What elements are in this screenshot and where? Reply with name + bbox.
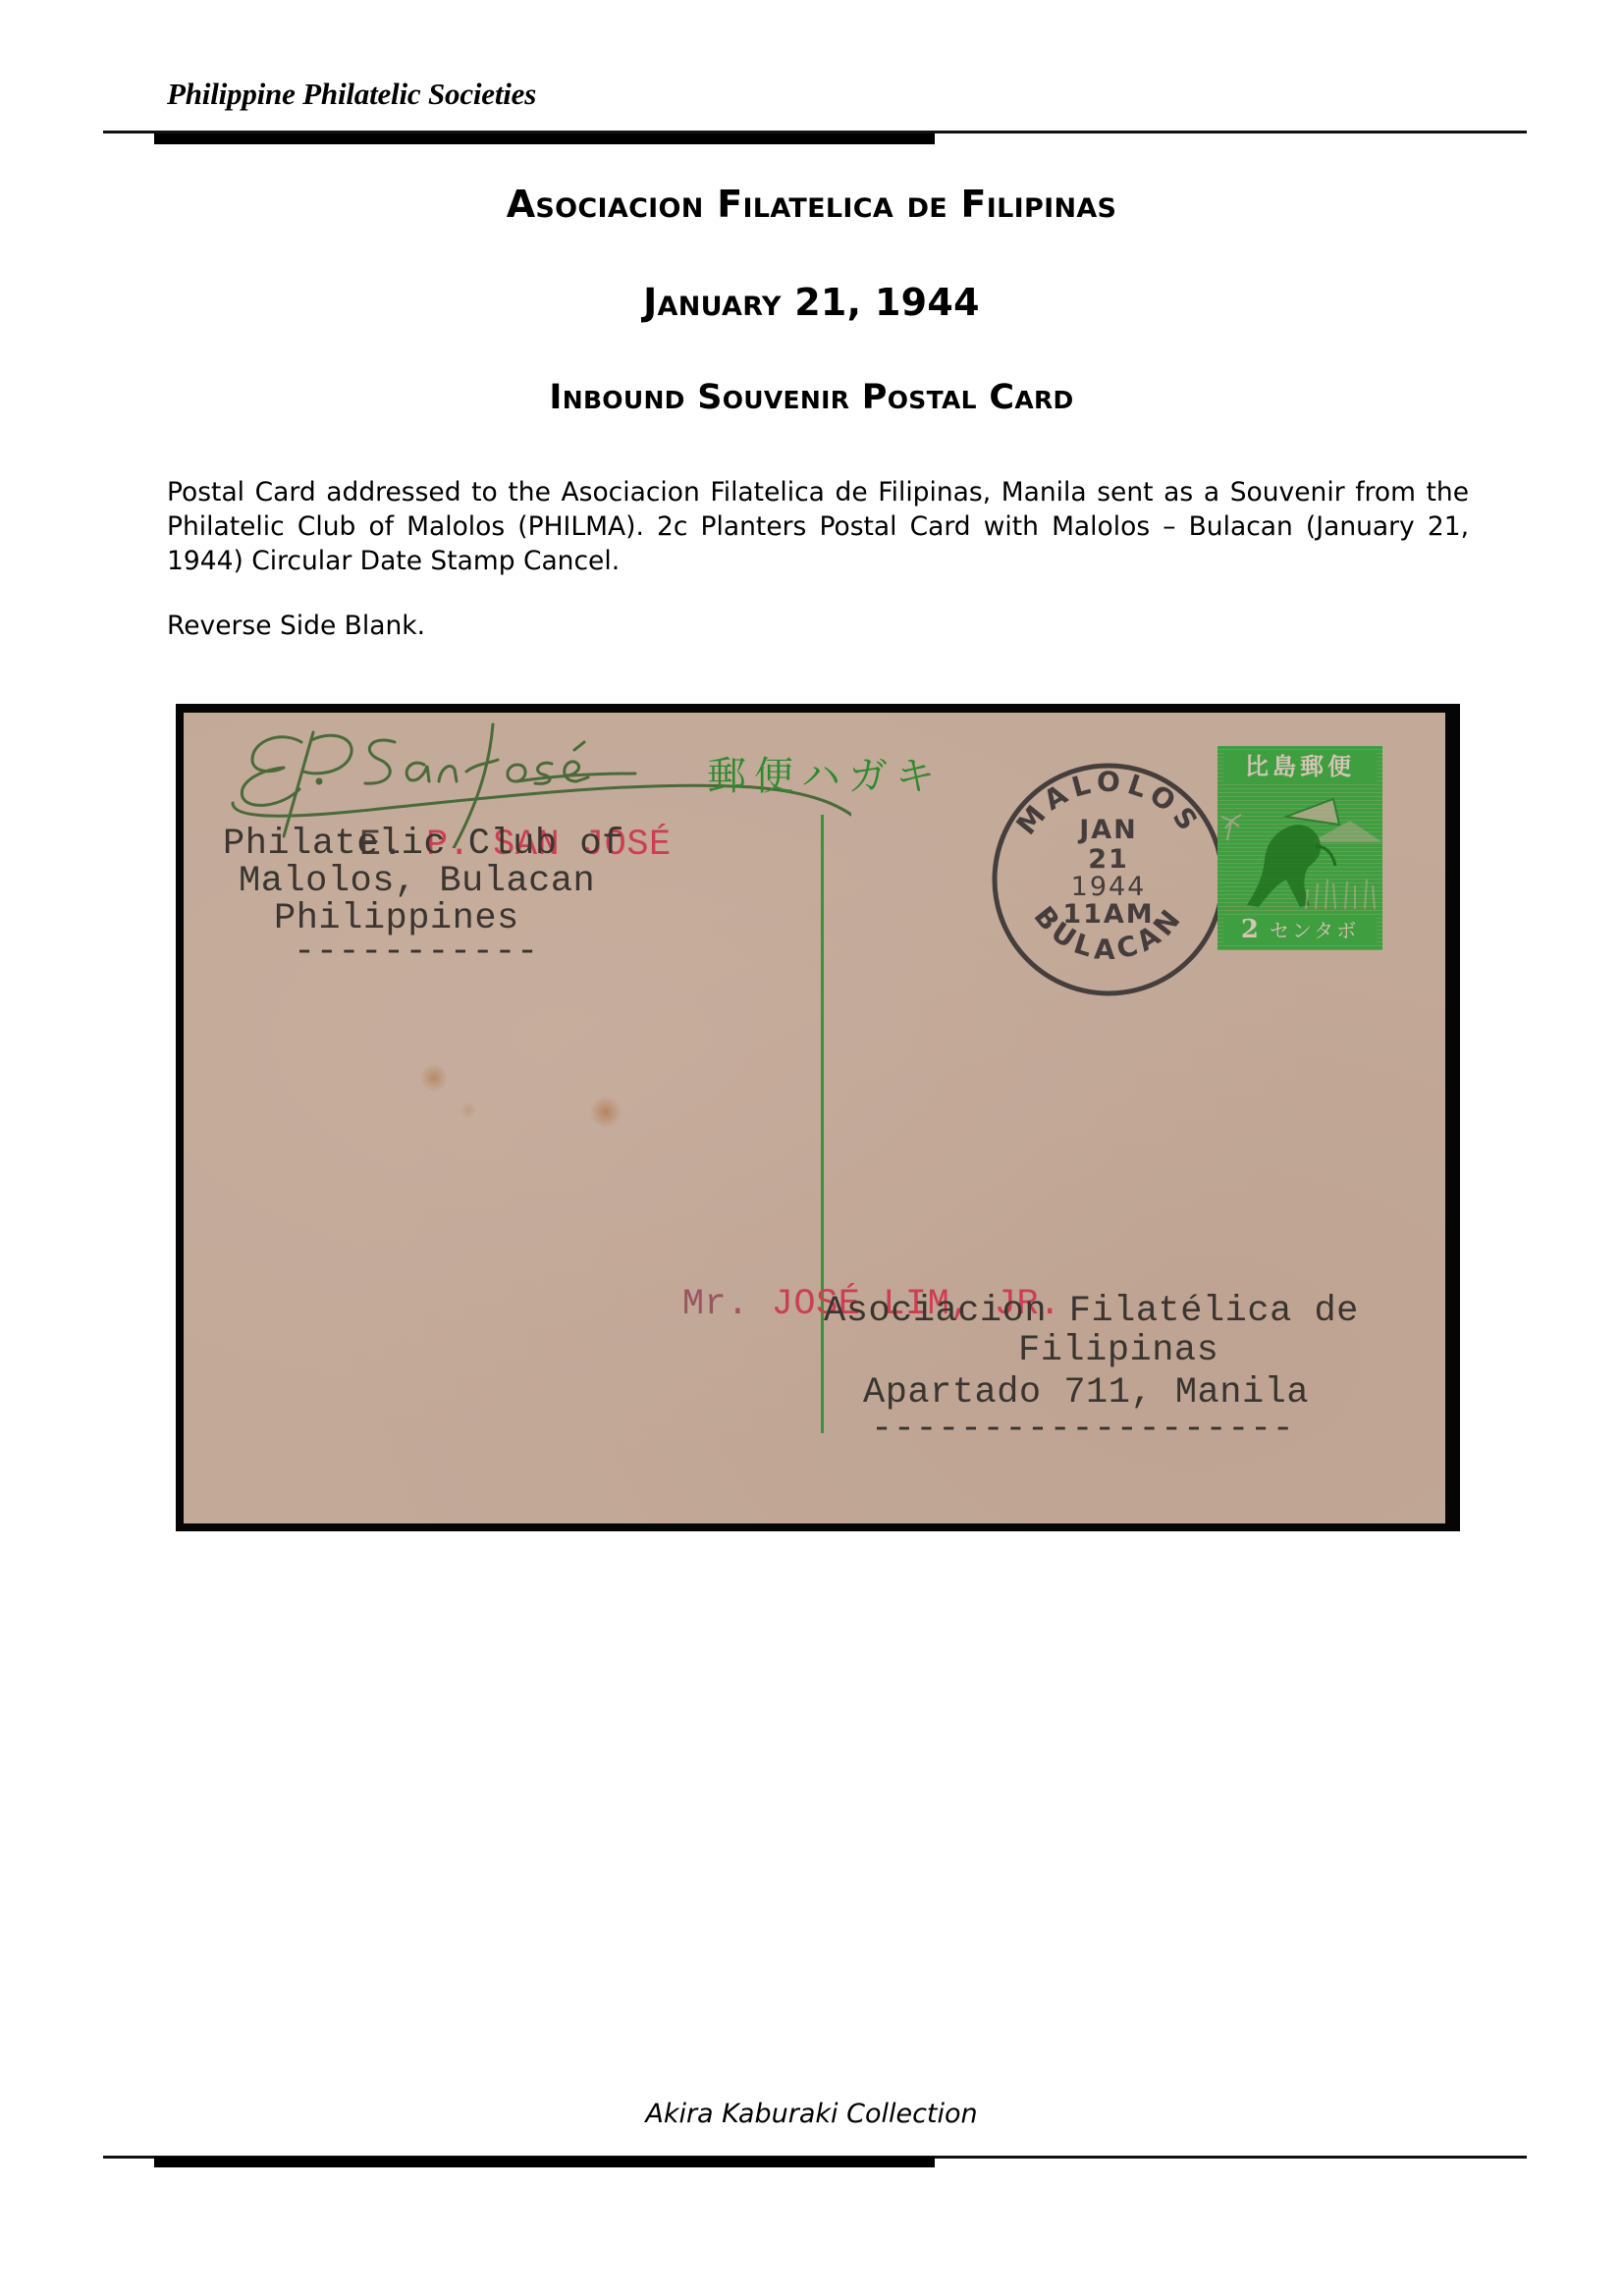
addressee-line-3: Apartado 711, Manila <box>863 1375 1309 1412</box>
stamp-value: 2センタボ <box>1223 915 1377 944</box>
description-note: Reverse Side Blank. <box>167 609 1469 643</box>
page-subtitle: Inbound Souvenir Postal Card <box>0 378 1623 417</box>
addressee-underline: ------------------- <box>871 1412 1294 1448</box>
page-title: Asociacion Filatelica de Filipinas <box>0 183 1623 226</box>
stamp-value-numeral: 2 <box>1241 915 1262 944</box>
header-rule-thick <box>154 133 935 144</box>
postmark-month: JAN <box>1050 817 1167 843</box>
postmark-day: 21 <box>1050 846 1167 873</box>
stamp-top-inscription: 比島郵便 <box>1223 752 1377 781</box>
card-header-japanese: 郵便ハガキ <box>707 745 943 801</box>
sender-underline: ----------- <box>294 934 539 971</box>
addressee-line-2: Filipinas <box>1018 1333 1218 1369</box>
postmark-year: 1944 <box>1050 874 1167 900</box>
page-date: January 21, 1944 <box>0 281 1623 324</box>
postmark-time: 11AM <box>1050 901 1167 928</box>
footer-collection: Akira Kaburaki Collection <box>0 2099 1623 2129</box>
postal-card-image: E. P. SAN JOSÉ Philatelic Club of Malolo… <box>184 713 1445 1523</box>
sender-line-1: Philatelic Club of <box>223 827 624 863</box>
footer-rule-thick <box>154 2157 935 2167</box>
postmark: MALOLOS BULACAN JAN 21 1944 11AM <box>986 754 1231 999</box>
description-paragraph: Postal Card addressed to the Asociacion … <box>167 475 1469 578</box>
rice-planter-icon <box>1217 781 1382 915</box>
imprinted-stamp: 比島郵便 2センタボ <box>1217 746 1382 950</box>
addressee-salutation: Mr. <box>682 1284 749 1325</box>
stamp-value-text: センタボ <box>1270 919 1359 942</box>
addressee-line-1: Asociacion Filatélica de <box>824 1294 1359 1330</box>
running-header-title: Philippine Philatelic Societies <box>167 77 536 112</box>
sender-line-2: Malolos, Bulacan <box>239 864 595 900</box>
